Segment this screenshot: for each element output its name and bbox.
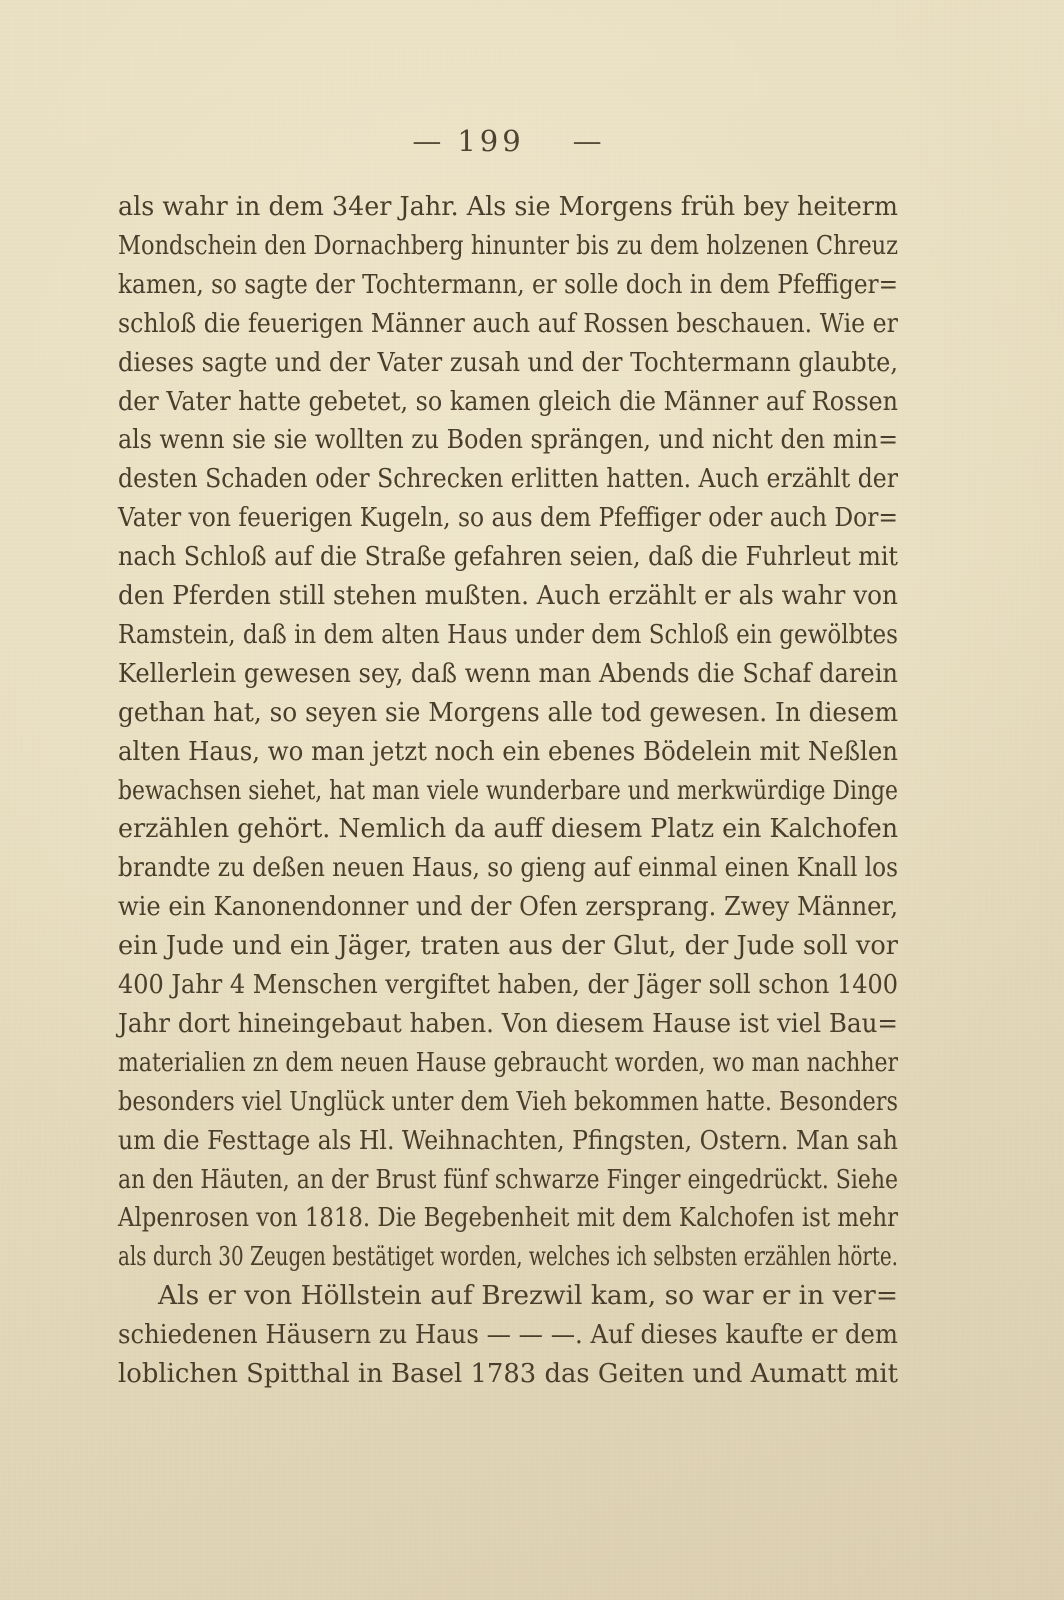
text-line: Vater von feuerigen Kugeln, so aus dem P… <box>117 503 898 533</box>
text-line: Ramstein, daß in dem alten Haus under de… <box>118 620 898 650</box>
text-line: schloß die feuerigen Männer auch auf Ros… <box>118 309 899 339</box>
text-line: der Vater hatte gebetet, so kamen gleich… <box>118 387 898 417</box>
text-line: brandte zu deßen neuen Haus, so gieng au… <box>118 853 898 883</box>
text-line: kamen, so sagte der Tochtermann, er soll… <box>118 270 898 300</box>
text-line: nach Schloß auf die Straße gefahren seie… <box>118 542 899 572</box>
page-text-block: als wahr in dem 34er Jahr. Als sie Morge… <box>118 0 918 1500</box>
text-line: loblichen Spitthal in Basel 1783 das Gei… <box>118 1359 899 1389</box>
text-line: als durch 30 Zeugen bestätiget worden, w… <box>118 1242 898 1272</box>
text-line: als wahr in dem 34er Jahr. Als sie Morge… <box>118 192 898 222</box>
text-line: ein Jude und ein Jäger, traten aus der G… <box>118 931 899 961</box>
text-line: desten Schaden oder Schrecken erlitten h… <box>118 464 899 494</box>
text-line: besonders viel Unglück unter dem Vieh be… <box>118 1087 898 1117</box>
text-line: Mondschein den Dornachberg hinunter bis … <box>118 231 898 261</box>
text-line paragraph-indent: Als er von Höllstein auf Brezwil kam, so… <box>157 1281 898 1311</box>
text-line: Jahr dort hineingebaut haben. Von diesem… <box>115 1009 898 1039</box>
text-line: an den Häuten, an der Brust fünf schwarz… <box>118 1165 898 1195</box>
text-line: Alpenrosen von 1818. Die Begebenheit mit… <box>117 1203 898 1233</box>
text-line: materialien zn dem neuen Hause gebraucht… <box>118 1048 898 1078</box>
text-line: Kellerlein gewesen sey, daß wenn man Abe… <box>118 659 898 689</box>
text-line: als wenn sie sie wollten zu Boden spräng… <box>118 425 898 455</box>
text-line: schiedenen Häusern zu Haus — — —. Auf di… <box>118 1320 898 1350</box>
text-line: alten Haus, wo man jetzt noch ein ebenes… <box>118 737 898 767</box>
text-line: gethan hat, so seyen sie Morgens alle to… <box>118 698 898 728</box>
scanned-book-page: —199— als wahr in dem 34er Jahr. Als sie… <box>0 0 1064 1600</box>
text-line: erzählen gehört. Nemlich da auff diesem … <box>118 814 898 844</box>
text-line: um die Festtage als Hl. Weihnachten, Pfi… <box>118 1126 898 1156</box>
text-line: den Pferden still stehen mußten. Auch er… <box>118 581 898 611</box>
text-line: 400 Jahr 4 Menschen vergiftet haben, der… <box>118 970 898 1000</box>
text-line: bewachsen siehet, hat man viele wunderba… <box>118 776 898 806</box>
text-line: wie ein Kanonendonner und der Ofen zersp… <box>118 892 898 922</box>
text-line: dieses sagte und der Vater zusah und der… <box>118 348 898 378</box>
